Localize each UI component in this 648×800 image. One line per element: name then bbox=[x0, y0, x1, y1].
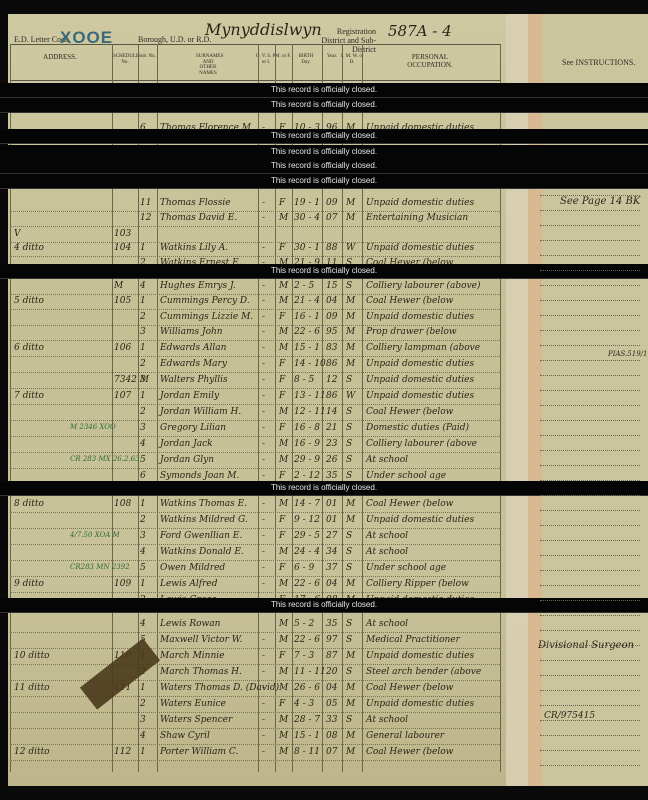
cell-occupation: Prop drawer (below bbox=[366, 327, 457, 337]
instruction-rule bbox=[540, 345, 640, 346]
cell-sub: 3 bbox=[140, 715, 146, 725]
column-header: PERSONAL OCCUPATION. bbox=[400, 54, 460, 69]
cell-sub: 2 bbox=[140, 515, 146, 525]
cell-sub: 5 bbox=[140, 563, 146, 573]
cell-year: 21 bbox=[326, 423, 337, 433]
column-header: SURNAMES AND OTHER NAMES bbox=[196, 54, 220, 76]
cell-sub: 2 bbox=[140, 359, 146, 369]
cell-status: S bbox=[346, 667, 352, 677]
cell-day: 22 - 6 bbox=[294, 327, 320, 337]
instruction-rule bbox=[540, 210, 640, 211]
cell-year: 07 bbox=[326, 213, 337, 223]
cell-name: Symonds Joan M. bbox=[160, 471, 239, 481]
cell-sex: F bbox=[279, 312, 285, 322]
cell-name: Jordan William H. bbox=[160, 407, 241, 417]
cell-occupation: Unpaid domestic duties bbox=[366, 198, 474, 208]
registration-value: 587A - 4 bbox=[388, 22, 452, 40]
cell-ovspi: - bbox=[262, 312, 265, 322]
table-row: M 2346 XOO3Gregory Lilian-F16 - 821SDome… bbox=[0, 421, 500, 437]
cell-sub: 5 bbox=[140, 455, 146, 465]
cell-occupation: At school bbox=[366, 715, 408, 725]
cell-occupation: Unpaid domestic duties bbox=[366, 699, 474, 709]
cell-sex: M bbox=[279, 547, 288, 557]
instruction-rule bbox=[540, 240, 640, 241]
cell-name: Owen Mildred bbox=[160, 563, 225, 573]
table-row: 4Jordan Jack-M16 - 923SColliery labourer… bbox=[0, 437, 500, 453]
cell-ovspi: - bbox=[262, 731, 265, 741]
cell-ovspi: - bbox=[262, 635, 265, 645]
cell-sched: 108 bbox=[114, 499, 131, 509]
cell-occupation: Unpaid domestic duties bbox=[366, 391, 474, 401]
cell-year: 95 bbox=[326, 327, 337, 337]
cell-year: 04 bbox=[326, 579, 337, 589]
cell-ovspi: - bbox=[262, 359, 265, 369]
cell-sex: M bbox=[279, 747, 288, 757]
instruction-rule bbox=[540, 525, 640, 526]
margin-note: PIAS.519/1 bbox=[608, 350, 647, 358]
cell-day: 24 - 4 bbox=[294, 547, 320, 557]
cell-ovspi: - bbox=[262, 563, 265, 573]
closed-record-bar: This record is officially closed. bbox=[0, 264, 648, 279]
instruction-rule bbox=[540, 450, 640, 451]
cell-ovspi: - bbox=[262, 296, 265, 306]
cell-sex: M bbox=[279, 667, 288, 677]
cell-ovspi: - bbox=[262, 327, 265, 337]
cell-occupation: Colliery labourer (above) bbox=[366, 281, 481, 291]
cell-sub: 11 bbox=[140, 198, 151, 208]
cell-day: 13 - 11 bbox=[294, 391, 326, 401]
cell-status: M bbox=[346, 343, 355, 353]
cell-status: S bbox=[346, 715, 352, 725]
cell-sub: 1 bbox=[140, 499, 146, 509]
cell-sub: 3 bbox=[140, 375, 146, 385]
table-row: 4Watkins Donald E.-M24 - 434SAt school bbox=[0, 545, 500, 561]
cell-addr: 12 ditto bbox=[14, 747, 50, 757]
cell-sub: 1 bbox=[140, 747, 146, 757]
cell-ovspi: - bbox=[262, 423, 265, 433]
table-row: CR 283 MX 26.2.635Jordan Glyn-M29 - 926S… bbox=[0, 453, 500, 469]
cell-occupation: Under school age bbox=[366, 563, 446, 573]
closed-record-bar: This record is officially closed. bbox=[0, 174, 648, 189]
cell-day: 9 - 12 bbox=[294, 515, 320, 525]
cell-sched: 112 bbox=[114, 747, 131, 757]
cell-name: Edwards Mary bbox=[160, 359, 227, 369]
cell-ovspi: - bbox=[262, 651, 265, 661]
cell-status: M bbox=[346, 747, 355, 757]
cell-year: 88 bbox=[326, 243, 337, 253]
instruction-rule bbox=[540, 690, 640, 691]
instruction-rule bbox=[540, 510, 640, 511]
cell-name: Edwards Allan bbox=[160, 343, 226, 353]
cell-sex: F bbox=[279, 471, 285, 481]
cell-name: Gregory Lilian bbox=[160, 423, 226, 433]
instruction-rule bbox=[540, 495, 640, 496]
cell-status: W bbox=[346, 243, 355, 253]
instruction-rule bbox=[540, 705, 640, 706]
cell-addr: 5 ditto bbox=[14, 296, 44, 306]
cell-status: M bbox=[346, 312, 355, 322]
cell-sub: 2 bbox=[140, 312, 146, 322]
cell-status: S bbox=[346, 547, 352, 557]
table-row: 2March Thomas H.-M11 - 1120SSteel arch b… bbox=[0, 665, 500, 681]
cell-year: 35 bbox=[326, 619, 337, 629]
cell-year: 04 bbox=[326, 296, 337, 306]
cell-year: 01 bbox=[326, 499, 337, 509]
cell-sex: M bbox=[279, 327, 288, 337]
instruction-rule bbox=[540, 675, 640, 676]
cell-occupation: Coal Hewer (below bbox=[366, 683, 453, 693]
cell-status: M bbox=[346, 198, 355, 208]
closed-record-bar: This record is officially closed. bbox=[0, 159, 648, 174]
cell-sched: 103 bbox=[114, 229, 131, 239]
cell-sub: 2 bbox=[140, 699, 146, 709]
cell-day: 16 - 8 bbox=[294, 423, 320, 433]
cell-year: 33 bbox=[326, 715, 337, 725]
cell-sex: M bbox=[279, 343, 288, 353]
cell-year: 27 bbox=[326, 531, 337, 541]
cell-name: Shaw Cyril bbox=[160, 731, 210, 741]
table-row: 5Maxwell Victor W.-M22 - 697SMedical Pra… bbox=[0, 633, 500, 649]
cell-year: 86 bbox=[326, 359, 337, 369]
cell-status: M bbox=[346, 296, 355, 306]
cell-year: 83 bbox=[326, 343, 337, 353]
cell-ovspi: - bbox=[262, 391, 265, 401]
table-row: 4 ditto1041Watkins Lily A.-F30 - 188WUnp… bbox=[0, 241, 500, 257]
cell-ovspi: - bbox=[262, 683, 265, 693]
cell-occupation: Colliery Ripper (below bbox=[366, 579, 469, 589]
cell-occupation: Domestic duties (Paid) bbox=[366, 423, 469, 433]
cell-name: Waters Eunice bbox=[160, 699, 226, 709]
cell-sched: 105 bbox=[114, 296, 131, 306]
cell-addr: 4 ditto bbox=[14, 243, 44, 253]
instruction-rule bbox=[540, 195, 640, 196]
instruction-rule bbox=[540, 225, 640, 226]
cell-ovspi: - bbox=[262, 455, 265, 465]
cell-ovspi: - bbox=[262, 281, 265, 291]
cell-day: 2 - 5 bbox=[294, 281, 314, 291]
cell-addr: M 2346 XOO bbox=[70, 423, 116, 431]
cell-addr: 6 ditto bbox=[14, 343, 44, 353]
table-row: 9 ditto1091Lewis Alfred-M22 - 604MCollie… bbox=[0, 577, 500, 593]
cell-name: Watkins Lily A. bbox=[160, 243, 228, 253]
cell-occupation: Unpaid domestic duties bbox=[366, 375, 474, 385]
instruction-rule bbox=[540, 330, 640, 331]
column-header: S. M. W. or D. bbox=[340, 54, 364, 65]
cell-day: 8 - 11 bbox=[294, 747, 320, 757]
cell-ovspi: - bbox=[262, 343, 265, 353]
cell-sex: F bbox=[279, 515, 285, 525]
table-row: 4Lewis RowanM5 - 235SAt school bbox=[0, 617, 500, 633]
cell-ovspi: - bbox=[262, 747, 265, 757]
cell-sex: M bbox=[279, 407, 288, 417]
cell-occupation: Unpaid domestic duties bbox=[366, 515, 474, 525]
cell-status: M bbox=[346, 699, 355, 709]
cell-sex: F bbox=[279, 198, 285, 208]
cell-sex: F bbox=[279, 375, 285, 385]
cell-ovspi: - bbox=[262, 243, 265, 253]
cell-occupation: Steel arch bender (above bbox=[366, 667, 481, 677]
cell-status: S bbox=[346, 471, 352, 481]
cell-occupation: Coal Hewer (below bbox=[366, 407, 453, 417]
cell-occupation: At school bbox=[366, 547, 408, 557]
cell-name: Jordan Glyn bbox=[160, 455, 214, 465]
cell-sched: 107 bbox=[114, 391, 131, 401]
cell-sub: 4 bbox=[140, 547, 146, 557]
instruction-rule bbox=[540, 375, 640, 376]
cell-year: 37 bbox=[326, 563, 337, 573]
table-row: 2Jordan William H.-M12 - 1114SCoal Hewer… bbox=[0, 405, 500, 421]
cell-year: 35 bbox=[326, 471, 337, 481]
cell-ovspi: - bbox=[262, 407, 265, 417]
borough-value: Mynyddislwyn bbox=[205, 20, 322, 39]
header-rule bbox=[10, 44, 500, 45]
cell-occupation: At school bbox=[366, 619, 408, 629]
cell-name: Jordan Emily bbox=[160, 391, 219, 401]
cell-status: S bbox=[346, 563, 352, 573]
instruction-rule bbox=[540, 465, 640, 466]
instruction-rule bbox=[540, 645, 640, 646]
cell-addr: 7 ditto bbox=[14, 391, 44, 401]
cell-sex: M bbox=[279, 499, 288, 509]
cell-sub: 4 bbox=[140, 439, 146, 449]
table-row: M4Hughes Emrys J.-M2 - 515SColliery labo… bbox=[0, 279, 500, 295]
cell-sched: 106 bbox=[114, 343, 131, 353]
cell-status: S bbox=[346, 531, 352, 541]
instruction-rule bbox=[540, 405, 640, 406]
cell-sex: F bbox=[279, 423, 285, 433]
cell-name: Watkins Donald E. bbox=[160, 547, 244, 557]
cell-day: 15 - 1 bbox=[294, 731, 320, 741]
table-row: 7 ditto1071Jordan Emily-F13 - 1186WUnpai… bbox=[0, 389, 500, 405]
cell-year: 34 bbox=[326, 547, 337, 557]
instruction-rule bbox=[540, 750, 640, 751]
cell-sub: 1 bbox=[140, 243, 146, 253]
cell-ovspi: - bbox=[262, 531, 265, 541]
cell-day: 11 - 11 bbox=[294, 667, 326, 677]
cell-ovspi: - bbox=[262, 515, 265, 525]
closed-record-bar: This record is officially closed. bbox=[0, 98, 648, 113]
cell-sex: F bbox=[279, 699, 285, 709]
cell-occupation: Unpaid domestic duties bbox=[366, 312, 474, 322]
instruction-rule bbox=[540, 270, 640, 271]
cell-occupation: Entertaining Musician bbox=[366, 213, 468, 223]
instruction-rule bbox=[540, 735, 640, 736]
ed-letter-code: XOOE bbox=[60, 28, 113, 48]
instruction-rule bbox=[540, 765, 640, 766]
cell-sub: 1 bbox=[140, 343, 146, 353]
cell-sex: M bbox=[279, 635, 288, 645]
column-header: SCHEDULE. No. bbox=[113, 54, 137, 65]
instruction-rule bbox=[540, 720, 640, 721]
cell-year: 14 bbox=[326, 407, 337, 417]
closed-record-bar: This record is officially closed. bbox=[0, 145, 648, 160]
table-row: 5 ditto1051Cummings Percy D.-M21 - 404MC… bbox=[0, 294, 500, 310]
cell-name: March Thomas H. bbox=[160, 667, 242, 677]
table-row: CR283 MN 23925Owen Mildred-F6 - 937SUnde… bbox=[0, 561, 500, 577]
cell-addr: V bbox=[14, 229, 21, 239]
header-bottom-rule bbox=[10, 80, 500, 81]
cell-occupation: Colliery lampman (above bbox=[366, 343, 480, 353]
cell-addr: 10 ditto bbox=[14, 651, 50, 661]
cell-day: 15 - 1 bbox=[294, 343, 320, 353]
cell-day: 28 - 7 bbox=[294, 715, 320, 725]
cell-name: Porter William C. bbox=[160, 747, 238, 757]
cell-day: 29 - 9 bbox=[294, 455, 320, 465]
cell-sub: 1 bbox=[140, 296, 146, 306]
table-row: 2Edwards Mary-F14 - 1086MUnpaid domestic… bbox=[0, 357, 500, 373]
cell-ovspi: - bbox=[262, 499, 265, 509]
closed-record-bar: This record is officially closed. bbox=[0, 481, 648, 496]
cell-ovspi: - bbox=[262, 198, 265, 208]
cell-ovspi: - bbox=[262, 547, 265, 557]
cell-name: Hughes Emrys J. bbox=[160, 281, 236, 291]
cell-status: M bbox=[346, 499, 355, 509]
borough-label: Borough, U.D. or R.D. bbox=[138, 35, 211, 44]
table-row: 7342 M3Walters Phyllis-F8 - 512SUnpaid d… bbox=[0, 373, 500, 389]
cell-year: 08 bbox=[326, 731, 337, 741]
instruction-rule bbox=[540, 255, 640, 256]
closed-record-bar: This record is officially closed. bbox=[0, 83, 648, 98]
cell-year: 97 bbox=[326, 635, 337, 645]
cell-year: 07 bbox=[326, 747, 337, 757]
cell-status: M bbox=[346, 327, 355, 337]
instruction-rule bbox=[540, 585, 640, 586]
cell-occupation: Unpaid domestic duties bbox=[366, 359, 474, 369]
cell-ovspi: - bbox=[262, 439, 265, 449]
cell-day: 21 - 4 bbox=[294, 296, 320, 306]
table-row: 3Williams John-M22 - 695MProp drawer (be… bbox=[0, 325, 500, 341]
instruction-rule bbox=[540, 360, 640, 361]
cell-day: 29 - 5 bbox=[294, 531, 320, 541]
instruction-rule bbox=[540, 660, 640, 661]
cell-addr: 4/7.50 XOA M bbox=[70, 531, 120, 539]
cell-occupation: At school bbox=[366, 531, 408, 541]
table-row: 11 ditto1111Waters Thomas D. (David)-M26… bbox=[0, 681, 500, 697]
cell-day: 2 - 12 bbox=[294, 471, 320, 481]
cell-occupation: General labourer bbox=[366, 731, 444, 741]
cell-sub: 4 bbox=[140, 281, 146, 291]
cell-name: Lewis Alfred bbox=[160, 579, 217, 589]
table-row: 6 ditto1061Edwards Allan-M15 - 183MColli… bbox=[0, 341, 500, 357]
cell-status: M bbox=[346, 651, 355, 661]
cell-day: 12 - 11 bbox=[294, 407, 326, 417]
cell-day: 14 - 7 bbox=[294, 499, 320, 509]
cell-day: 6 - 9 bbox=[294, 563, 314, 573]
cell-name: Watkins Mildred G. bbox=[160, 515, 248, 525]
cell-status: M bbox=[346, 515, 355, 525]
cell-sex: M bbox=[279, 731, 288, 741]
cell-sex: F bbox=[279, 359, 285, 369]
cell-sex: M bbox=[279, 281, 288, 291]
cell-sex: M bbox=[279, 579, 288, 589]
cell-ovspi: - bbox=[262, 213, 265, 223]
cell-sub: 3 bbox=[140, 423, 146, 433]
instruction-rule bbox=[540, 615, 640, 616]
cell-occupation: Coal Hewer (below bbox=[366, 499, 453, 509]
cell-addr: 11 ditto bbox=[14, 683, 50, 693]
cell-status: M bbox=[346, 579, 355, 589]
cell-sex: M bbox=[279, 296, 288, 306]
cell-status: S bbox=[346, 375, 352, 385]
cell-day: 19 - 1 bbox=[294, 198, 320, 208]
cell-ovspi: - bbox=[262, 579, 265, 589]
cell-year: 01 bbox=[326, 515, 337, 525]
instruction-rule bbox=[540, 570, 640, 571]
table-row: 12 ditto1121Porter William C.-M8 - 1107M… bbox=[0, 745, 500, 761]
cell-sex: M bbox=[279, 213, 288, 223]
cell-name: Maxwell Victor W. bbox=[160, 635, 242, 645]
cell-day: 16 - 9 bbox=[294, 439, 320, 449]
column-header: ADDRESS. bbox=[30, 54, 90, 62]
cell-occupation: Unpaid domestic duties bbox=[366, 243, 474, 253]
cell-name: Jordan Jack bbox=[160, 439, 213, 449]
cell-ovspi: - bbox=[262, 715, 265, 725]
cell-year: 15 bbox=[326, 281, 337, 291]
instruction-rule bbox=[540, 600, 640, 601]
cell-year: 09 bbox=[326, 312, 337, 322]
row-rule bbox=[10, 760, 500, 761]
cell-sub: 3 bbox=[140, 327, 146, 337]
margin-note: See Page 14 BK bbox=[560, 196, 640, 207]
cell-day: 30 - 1 bbox=[294, 243, 320, 253]
cell-status: M bbox=[346, 213, 355, 223]
cell-sex: M bbox=[279, 439, 288, 449]
cell-sub: 1 bbox=[140, 391, 146, 401]
cell-occupation: Medical Practitioner bbox=[366, 635, 460, 645]
cell-ovspi: - bbox=[262, 375, 265, 385]
cell-year: 26 bbox=[326, 455, 337, 465]
cell-sex: M bbox=[279, 683, 288, 693]
cell-sub: 1 bbox=[140, 579, 146, 589]
cell-occupation: Unpaid domestic duties bbox=[366, 651, 474, 661]
cell-day: 22 - 6 bbox=[294, 579, 320, 589]
cell-occupation: Coal Hewer (below bbox=[366, 747, 453, 757]
table-row: 2Cummings Lizzie M.-F16 - 109MUnpaid dom… bbox=[0, 310, 500, 326]
closed-record-bar: This record is officially closed. bbox=[0, 129, 648, 144]
cell-day: 14 - 10 bbox=[294, 359, 326, 369]
cell-status: S bbox=[346, 281, 352, 291]
cell-occupation: Under school age bbox=[366, 471, 446, 481]
table-row: 4Shaw Cyril-M15 - 108MGeneral labourer bbox=[0, 729, 500, 745]
cell-addr: 8 ditto bbox=[14, 499, 44, 509]
cell-occupation: Coal Hewer (below bbox=[366, 296, 453, 306]
cell-status: M bbox=[346, 359, 355, 369]
cell-sex: M bbox=[279, 619, 288, 629]
cell-sched: M bbox=[114, 281, 123, 291]
cell-sex: M bbox=[279, 455, 288, 465]
cell-day: 8 - 5 bbox=[294, 375, 314, 385]
cell-year: 87 bbox=[326, 651, 337, 661]
cell-sex: M bbox=[279, 715, 288, 725]
instruction-rule bbox=[540, 540, 640, 541]
instruction-rule bbox=[540, 630, 640, 631]
cell-status: S bbox=[346, 635, 352, 645]
table-row: 11Thomas Flossie-F19 - 109MUnpaid domest… bbox=[0, 196, 500, 212]
cell-day: 30 - 4 bbox=[294, 213, 320, 223]
table-row: 2Watkins Mildred G.-F9 - 1201MUnpaid dom… bbox=[0, 513, 500, 529]
cell-addr: CR283 MN 2392 bbox=[70, 563, 130, 571]
instruction-rule bbox=[540, 435, 640, 436]
cell-status: W bbox=[346, 391, 355, 401]
cell-name: Williams John bbox=[160, 327, 223, 337]
instruction-rule bbox=[540, 390, 640, 391]
instruction-rule bbox=[540, 480, 640, 481]
table-row: 4/7.50 XOA M3Ford Gwenllian E.-F29 - 527… bbox=[0, 529, 500, 545]
instruction-rule bbox=[540, 285, 640, 286]
cell-status: S bbox=[346, 439, 352, 449]
cell-name: Waters Spencer bbox=[160, 715, 232, 725]
table-row: 10 ditto1101March Minnie-F7 - 387MUnpaid… bbox=[0, 649, 500, 665]
